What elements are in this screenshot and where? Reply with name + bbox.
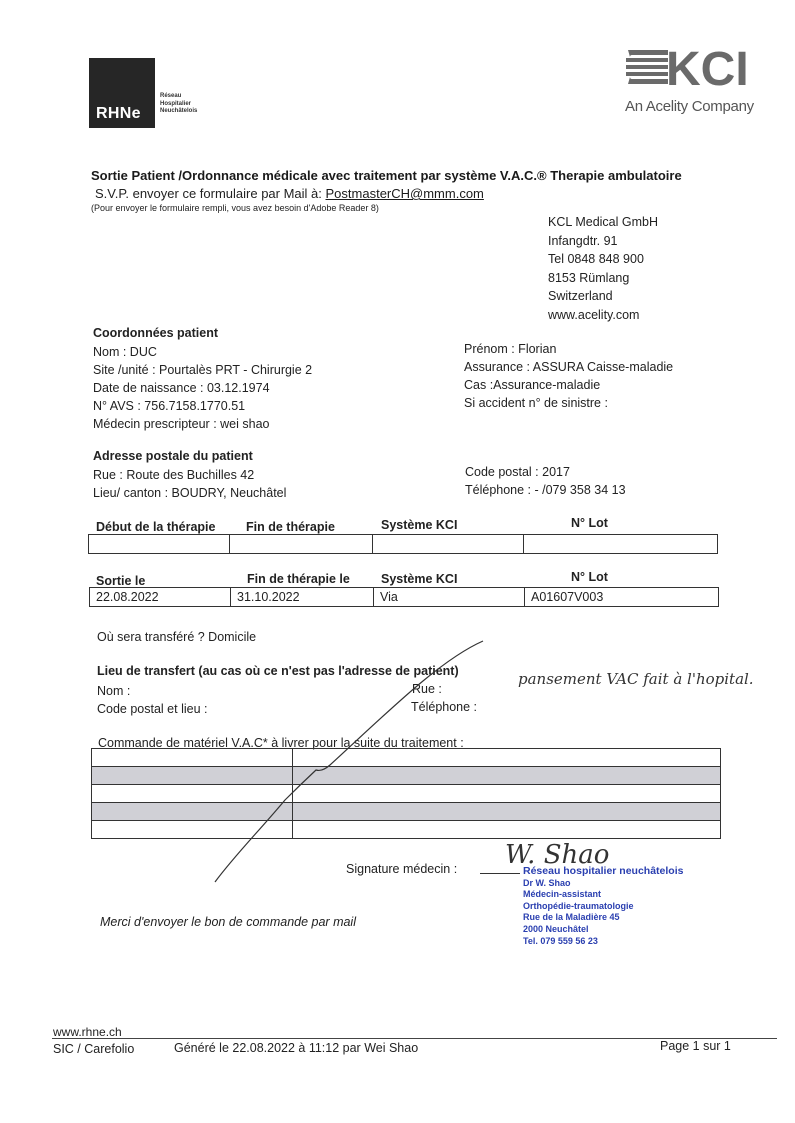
thanks-note: Merci d'envoyer le bon de commande par m… — [100, 913, 356, 931]
strike-through-line — [0, 0, 795, 1123]
footer-page-number: Page 1 sur 1 — [660, 1039, 731, 1053]
footer-generated: Généré le 22.08.2022 à 11:12 par Wei Sha… — [174, 1041, 418, 1055]
signature-line — [480, 873, 520, 874]
footer-source: SIC / Carefolio — [53, 1042, 134, 1056]
doctor-stamp: Réseau hospitalier neuchâtelois Dr W. Sh… — [523, 866, 683, 947]
footer-website: www.rhne.ch — [53, 1025, 122, 1039]
signature-label: Signature médecin : — [346, 860, 457, 878]
